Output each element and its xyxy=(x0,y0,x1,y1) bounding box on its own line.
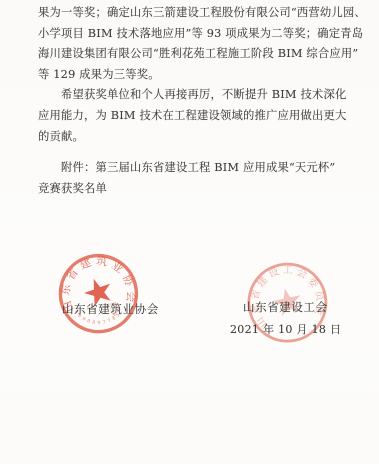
left-signature-org: 山东省建筑业协会 xyxy=(62,301,159,317)
left-official-seal: 山东省建筑业协会 4000897785 合 xyxy=(56,251,142,337)
body-text: 果为一等奖；确定山东三箭建设工程股份有限公司“西营幼儿园、 小学项目 BIM 技… xyxy=(38,3,361,147)
right-signature-org: 山东省建设工会 xyxy=(243,299,328,315)
body-line-3: 海川建设集团有限公司“胜利花苑工程施工阶段 BIM 综合应用” xyxy=(38,44,361,65)
body-line-2: 小学项目 BIM 技术落地应用”等 93 项成果为二等奖；确定青岛 xyxy=(38,24,361,45)
body-line-1: 果为一等奖；确定山东三箭建设工程股份有限公司“西营幼儿园、 xyxy=(38,3,361,24)
body-line-6: 应用能力，为 BIM 技术在工程建设领域的推广应用做出更大 xyxy=(38,106,361,127)
body-line-4: 等 129 成果为三等奖。 xyxy=(38,65,361,86)
body-line-7: 的贡献。 xyxy=(38,127,361,148)
attachment-line-1: 附件：第三届山东省建设工程 BIM 应用成果“天元杯” xyxy=(38,158,361,179)
signature-date: 2021 年 10 月 18 日 xyxy=(230,321,341,337)
attachment-note: 附件：第三届山东省建设工程 BIM 应用成果“天元杯” 竞赛获奖名单 xyxy=(38,158,361,199)
body-line-5: 希望获奖单位和个人再接再厉，不断提升 BIM 技术深化 xyxy=(38,85,361,106)
document-page: 果为一等奖；确定山东三箭建设工程股份有限公司“西营幼儿园、 小学项目 BIM 技… xyxy=(0,0,379,464)
attachment-line-2: 竞赛获奖名单 xyxy=(38,179,361,200)
